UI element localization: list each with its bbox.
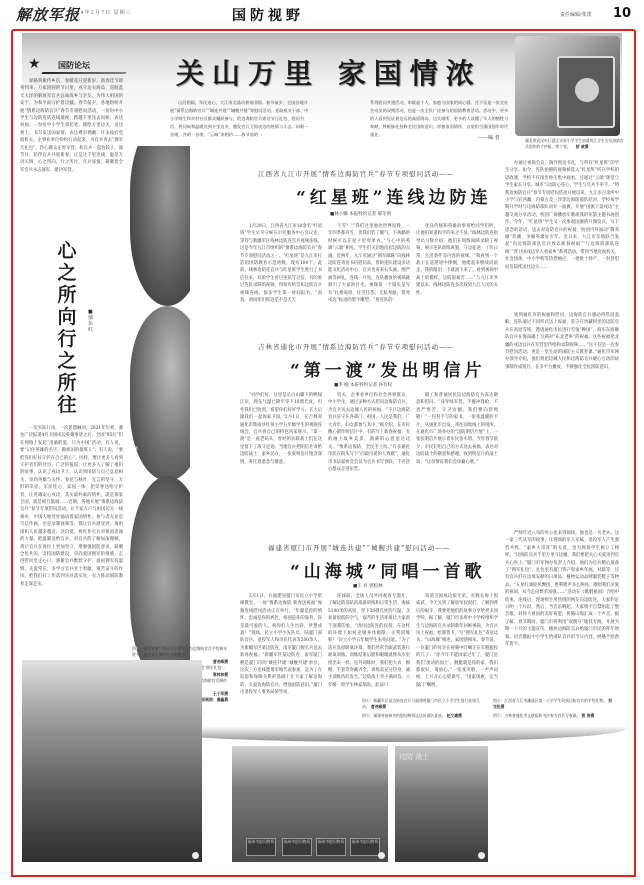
handmade-card-photo [515,36,620,136]
forum-intro-text: 驿路鸿雁传乡信，春暖花开迎新岁。新春佳节即将到来，万家团圆的节日里，戍守边关海岛… [20,78,123,174]
gift-box-label: 福州市慰问物资 [282,838,312,856]
story2-kicker: 吉林省通化市开展“情系边海防官兵”春节专项慰问活动—— [258,342,454,351]
story3-byline: ■王 亮 郭松林 [353,583,383,589]
caption: 图⑦：吉林省通化市文联组织书法家为官兵写春联。 蔡 涛摄 [493,713,612,719]
story1-byline: ■林小娜 本报特约记者 郝冬明 [330,211,391,217]
caption: 图⑤：福建省福州市的慰问物资送达驻部队某部。 赵文豪摄 [362,713,481,719]
caption: 图⑥：江西省九江市濂溪区第一小学学生收到边防官兵的手绘礼物。 刘克松摄 [493,698,612,711]
photo-soldiers-with-gifts: 福州市慰问物资 福州市慰问物资 福州市慰问物资 福州市慰问物资 [232,746,388,862]
soldier-drawing-card [557,56,615,128]
forum-article-title: 心之所向 行之所往 [55,240,79,416]
story3-body: 2月1日，在福建省厦门市民立小学阶梯教室，一场“情系边海防 新春送祝福”视频连线… [240,593,498,695]
forum-article-body: 一次实际行动，一次思想触动。2021年年初，赛龙广泛报道4名卫国戍边英雄事迹之后… [20,425,123,588]
photo-number-badge [478,852,485,859]
star-icon: ★ [28,56,41,72]
story1-body: 1月29日，江西省九江市10余名“红星班”学生早早守候在市民服务中心会议室，等待… [240,223,498,315]
banner-photo-caption: 湖北省武汉市江夏区实验小学学生部落戍江学生为边海防官兵创作的手抄报、剪十等。 舒… [525,138,625,150]
caption: 图④：新疆军区某边防连官兵与福建省厦门市民立小学学生进行连线互动。 唐尧峰摄 [362,698,481,711]
photo-girl-drawing [130,146,190,306]
photo-man-gift [130,306,190,481]
masthead: 解放军报 2024年2月7日 星期三 国防视野 责任编辑/张蕾 10 [0,0,644,26]
frame-bottom-rule [11,875,636,877]
photo-children-crafts: 边防 战士 [395,746,488,862]
gift-box-label: 福州市慰问物资 [316,838,346,856]
photo-number-badge [192,852,199,859]
photo-number-2: ② [134,446,138,452]
column-tag-underline [41,72,126,74]
forum-article-author: ■郁东红 [88,309,96,333]
photo-number-badge [378,852,385,859]
gift-box-label: 福州市慰问物资 [246,838,276,856]
story2-byline: ■李 刚 本报特约记者 孙有权 [334,382,392,388]
story1-kicker: 江西省九江市开展“情系边海防官兵”春节专项慰问活动—— [258,169,454,178]
bottom-photo-captions: 图④：新疆军区某边防连官兵与福建省厦门市民立小学学生进行连线互动。 唐尧峰摄 图… [362,698,612,719]
story2-title: “第一渡”发出明信片 [290,356,486,381]
story2-body: “同学们好，这里是长白山脚下的鸭绿江岸，现在气温已降至零下10摄氏度，但外我们已… [240,392,498,520]
page-number: 10 [613,6,631,21]
editor-signature: ——编 者 [478,134,500,141]
story3-title: “山海城”同唱一首歌 [290,557,486,582]
section-title: 国防视野 [232,5,304,25]
forum-intro-column: 驿路鸿雁传乡信，春暖花开迎新岁。新春佳节即将到来，万家团圆的节日里，戍守边关海岛… [20,78,123,174]
photo-credit: 舒 威摄 [576,144,589,149]
gift-box-label: 福州市慰问物资 [350,838,380,856]
responsible-editor: 责任编辑/张蕾 [560,11,592,18]
photo-classroom-video-call [22,660,202,862]
forum-body-text: 一次实际行动，一次思想触动。2021年年初，赛龙广泛报道4名卫国戍边英雄事迹之后… [20,425,123,588]
issue-date: 2024年2月7日 星期三 [68,9,132,16]
story1-right-column: 办通过视频会议，陶竹致送书礼，与所有“红星班”的学生分享。如今，连队拍摄的视频被… [505,160,619,305]
page-headline: 关山万里 家国情浓 [176,52,482,92]
editor-intro-part1: 山河相隔，军民连心，大江南北涌动着家国情。春节前夕，全国各地开展“情系边海防官兵… [170,99,310,139]
blackboard-text: 边防 战士 [399,752,429,762]
column-tag: ★ 国防论坛 [28,58,108,74]
photo-number-1: ① [134,284,138,290]
story2-right-column: 收到通化市的祝福和慰问，边海防官兵感动得热泪盈眶。连队通过不同形式送上祝福，驻守… [505,312,619,512]
story1-title: “红星班”连线边防连 [296,183,492,208]
story3-right-column: 严帅年近八旬的外公也来到现场，他也是一名老兵。这一家三代从军的故事，让现场的军人… [505,530,619,705]
editor-intro-part2: 系列慰问共建活动，串联起个人、家庭与国家的同心圆。这不仅是一次全社会动员的双拥活… [370,99,510,139]
photo-strip: ① ② ③ [130,146,190,686]
column-tag-label: 国防论坛 [58,60,90,71]
story3-kicker: 福建省厦门市开展“城连共建”“城舰共建”慰问活动—— [268,543,450,552]
